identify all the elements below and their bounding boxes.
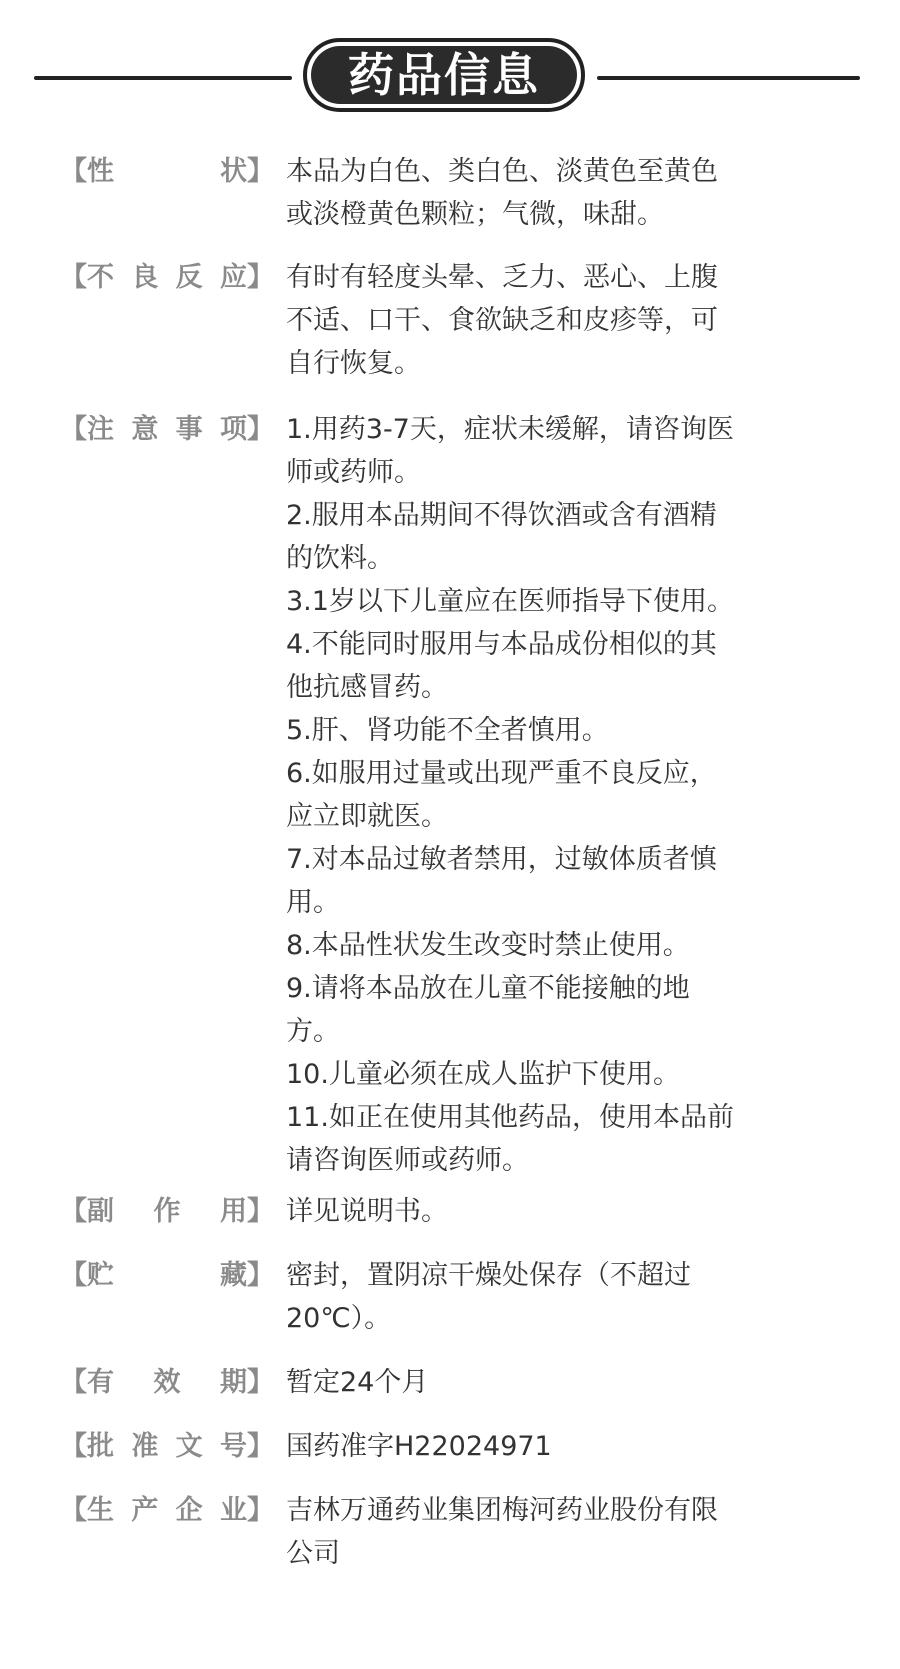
field-value-line: 暂定24个月 [286,1361,776,1404]
field-label-char: 【有 [60,1361,114,1404]
field-label-char: 【生 [60,1489,114,1532]
field-label: 【生产企业】 [60,1489,274,1532]
field-value-line: 密封，置阴凉干燥处保存（不超过 [286,1254,776,1297]
page-title: 药品信息 [348,52,540,98]
field-label-char: 意 [131,408,158,451]
field-label-char: 业】 [220,1489,274,1532]
field-value: 1.用药3-7天，症状未缓解，请咨询医师或药师。2.服用本品期间不得饮酒或含有酒… [286,408,776,1182]
field-label-char: 状】 [220,150,274,193]
field-label: 【性状】 [60,150,274,193]
field-label-char: 号】 [220,1425,274,1468]
field-label-char: 作 [154,1190,181,1233]
field-label: 【不良反应】 [60,256,274,299]
field-value: 国药准字H22024971 [286,1425,776,1468]
field-label-char: 【贮 [60,1254,114,1297]
field-value-line: 国药准字H22024971 [286,1425,776,1468]
field-value-line: 8.本品性状发生改变时禁止使用。 [286,924,776,967]
field-label: 【批准文号】 [60,1425,274,1468]
field-label-char: 反 [176,256,203,299]
field-value-line: 11.如正在使用其他药品，使用本品前 [286,1096,776,1139]
field-value: 有时有轻度头晕、乏力、恶心、上腹不适、口干、食欲缺乏和皮疹等，可自行恢复。 [286,256,776,385]
field-value-line: 用。 [286,881,776,924]
field-label-char: 产 [131,1489,158,1532]
field-value-line: 他抗感冒药。 [286,666,776,709]
field-label-char: 藏】 [220,1254,274,1297]
field-value-line: 6.如服用过量或出现严重不良反应， [286,752,776,795]
field-value-line: 2.服用本品期间不得饮酒或含有酒精 [286,494,776,537]
field-label-char: 应】 [220,256,274,299]
field-label-char: 【批 [60,1425,114,1468]
field-value-line: 10.儿童必须在成人监护下使用。 [286,1053,776,1096]
field-label-char: 【性 [60,150,114,193]
field-value-line: 师或药师。 [286,451,776,494]
field-value-line: 详见说明书。 [286,1190,776,1233]
field-value-line: 应立即就医。 [286,795,776,838]
field-label-char: 期】 [220,1361,274,1404]
field-value-line: 吉林万通药业集团梅河药业股份有限 [286,1489,776,1532]
field-label: 【贮藏】 [60,1254,274,1297]
field-value-line: 或淡橙黄色颗粒；气微，味甜。 [286,193,776,236]
field-label-char: 【不 [60,256,114,299]
field-value-line: 3.1岁以下儿童应在医师指导下使用。 [286,580,776,623]
field-value-line: 方。 [286,1010,776,1053]
field-label-char: 【副 [60,1190,114,1233]
field-value: 密封，置阴凉干燥处保存（不超过20℃）。 [286,1254,776,1340]
field-label-char: 准 [131,1425,158,1468]
field-label: 【有效期】 [60,1361,274,1404]
field-value: 详见说明书。 [286,1190,776,1233]
field-label-char: 效 [154,1361,181,1404]
field-value: 本品为白色、类白色、淡黄色至黄色或淡橙黄色颗粒；气微，味甜。 [286,150,776,236]
header-rule-left [34,76,292,80]
field-label-char: 用】 [220,1190,274,1233]
field-value-line: 公司 [286,1532,776,1575]
field-label-char: 文 [176,1425,203,1468]
field-value-line: 本品为白色、类白色、淡黄色至黄色 [286,150,776,193]
field-value-line: 自行恢复。 [286,342,776,385]
field-label: 【注意事项】 [60,408,274,451]
field-value-line: 不适、口干、食欲缺乏和皮疹等，可 [286,299,776,342]
field-label-char: 【注 [60,408,114,451]
field-label-char: 企 [176,1489,203,1532]
field-value-line: 5.肝、肾功能不全者慎用。 [286,709,776,752]
title-badge: 药品信息 [303,38,585,112]
field-value-line: 4.不能同时服用与本品成份相似的其 [286,623,776,666]
field-value-line: 9.请将本品放在儿童不能接触的地 [286,967,776,1010]
field-label-char: 良 [131,256,158,299]
field-value: 暂定24个月 [286,1361,776,1404]
field-value: 吉林万通药业集团梅河药业股份有限公司 [286,1489,776,1575]
field-value-line: 7.对本品过敏者禁用，过敏体质者慎 [286,838,776,881]
field-label-char: 事 [176,408,203,451]
field-value-line: 有时有轻度头晕、乏力、恶心、上腹 [286,256,776,299]
field-value-line: 请咨询医师或药师。 [286,1139,776,1182]
header-rule-right [597,76,860,80]
field-label-char: 项】 [220,408,274,451]
field-value-line: 的饮料。 [286,537,776,580]
field-value-line: 1.用药3-7天，症状未缓解，请咨询医 [286,408,776,451]
field-value-line: 20℃）。 [286,1297,776,1340]
title-badge-fill: 药品信息 [311,46,577,104]
field-label: 【副作用】 [60,1190,274,1233]
